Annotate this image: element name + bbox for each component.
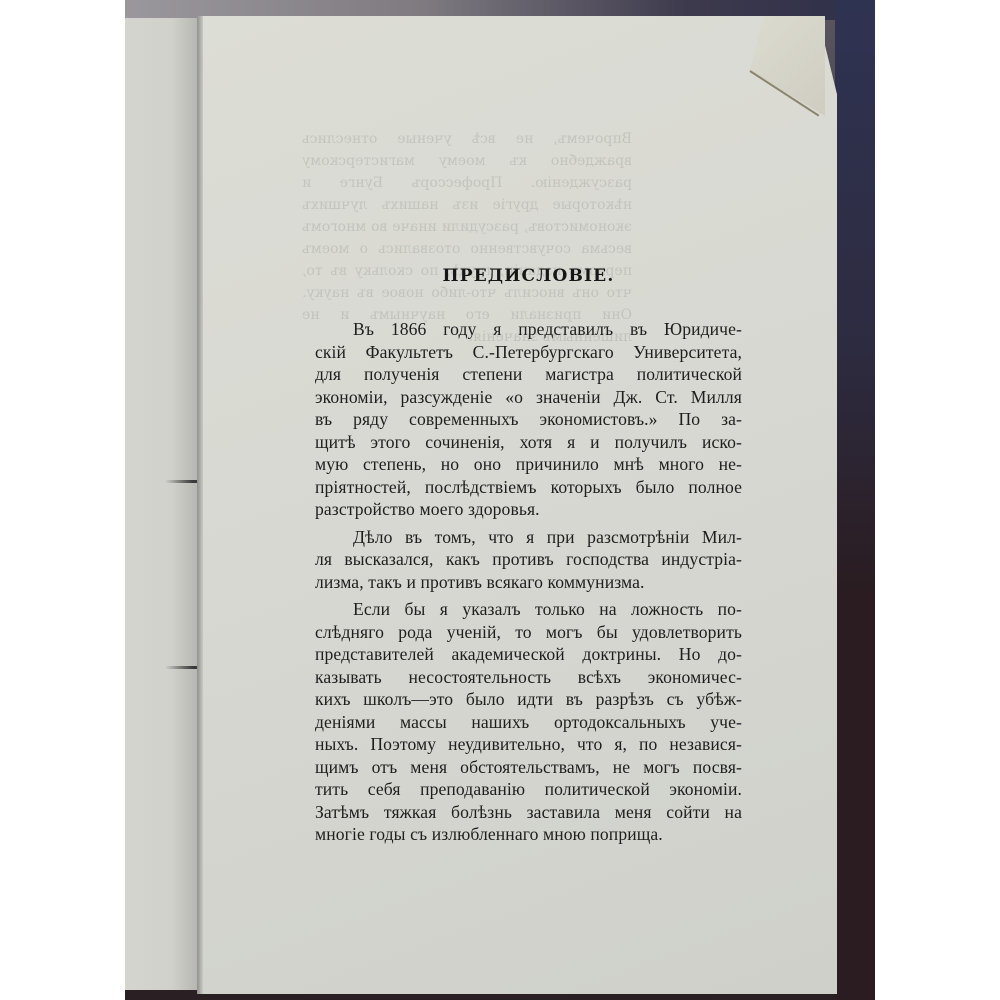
- left-page: [125, 18, 203, 990]
- text-line: лизма, такъ и противъ всякаго коммунизма…: [315, 571, 742, 594]
- text-line: Если бы я указалъ только на ложность по-: [315, 598, 742, 621]
- text-line: Въ 1866 году я представилъ въ Юридиче-: [315, 318, 742, 341]
- page: Впрочемъ, не всѣ ученые отнеслись вражде…: [197, 16, 837, 994]
- paragraph: Дѣло въ томъ, что я при разсмотрѣніи Мил…: [315, 526, 742, 594]
- text-line: щимъ отъ меня обстоятельствамъ, не могъ …: [315, 756, 742, 779]
- text-line: тить себя преподаванію политической экон…: [315, 778, 742, 801]
- text-line: ля высказался, какъ противъ господства и…: [315, 548, 742, 571]
- text-line: многіе годы съ излюбленнаго мною поприща…: [315, 823, 742, 846]
- paragraph: Если бы я указалъ только на ложность по-…: [315, 598, 742, 846]
- text-line: въ ряду современныхъ экономистовъ.» По з…: [315, 408, 742, 431]
- text-line: представителей академической доктрины. Н…: [315, 643, 742, 666]
- text-line: скій Факультетъ С.-Петербургскаго Универ…: [315, 341, 742, 364]
- text-line: экономіи, разсужденіе «о значеніи Дж. Ст…: [315, 386, 742, 409]
- text-line: казывать несостоятельность всѣхъ экономи…: [315, 666, 742, 689]
- text-line: пріятностей, послѣдствіемъ которыхъ было…: [315, 476, 742, 499]
- text-line: мую степень, но оно причинило мнѣ много …: [315, 453, 742, 476]
- text-line: деніями массы нашихъ ортодоксальныхъ уче…: [315, 711, 742, 734]
- text-line: ныхъ. Поэтому неудивительно, что я, по н…: [315, 733, 742, 756]
- book-photo: Впрочемъ, не всѣ ученые отнеслись вражде…: [125, 0, 875, 1000]
- text-line: щитѣ этого сочиненія, хотя я и получилъ …: [315, 431, 742, 454]
- text-line: для полученія степени магистра политичес…: [315, 363, 742, 386]
- text-line: слѣдняго рода ученій, то могъ бы удовлет…: [315, 621, 742, 644]
- paragraphs: Въ 1866 году я представилъ въ Юридиче-ск…: [315, 318, 742, 846]
- paragraph: Въ 1866 году я представилъ въ Юридиче-ск…: [315, 318, 742, 521]
- text-line: Дѣло въ томъ, что я при разсмотрѣніи Мил…: [315, 526, 742, 549]
- background-surface-right: [835, 0, 875, 1000]
- page-content: ПРЕДИСЛОВІЕ. Въ 1866 году я представилъ …: [315, 266, 742, 851]
- text-line: Затѣмъ тяжкая болѣзнь заставила меня сой…: [315, 801, 742, 824]
- page-gutter: [197, 16, 203, 994]
- text-line: разстройство моего здоровья.: [315, 498, 742, 521]
- text-line: кихъ школъ—это было идти въ разрѣзъ съ у…: [315, 688, 742, 711]
- page-heading: ПРЕДИСЛОВІЕ.: [315, 266, 742, 286]
